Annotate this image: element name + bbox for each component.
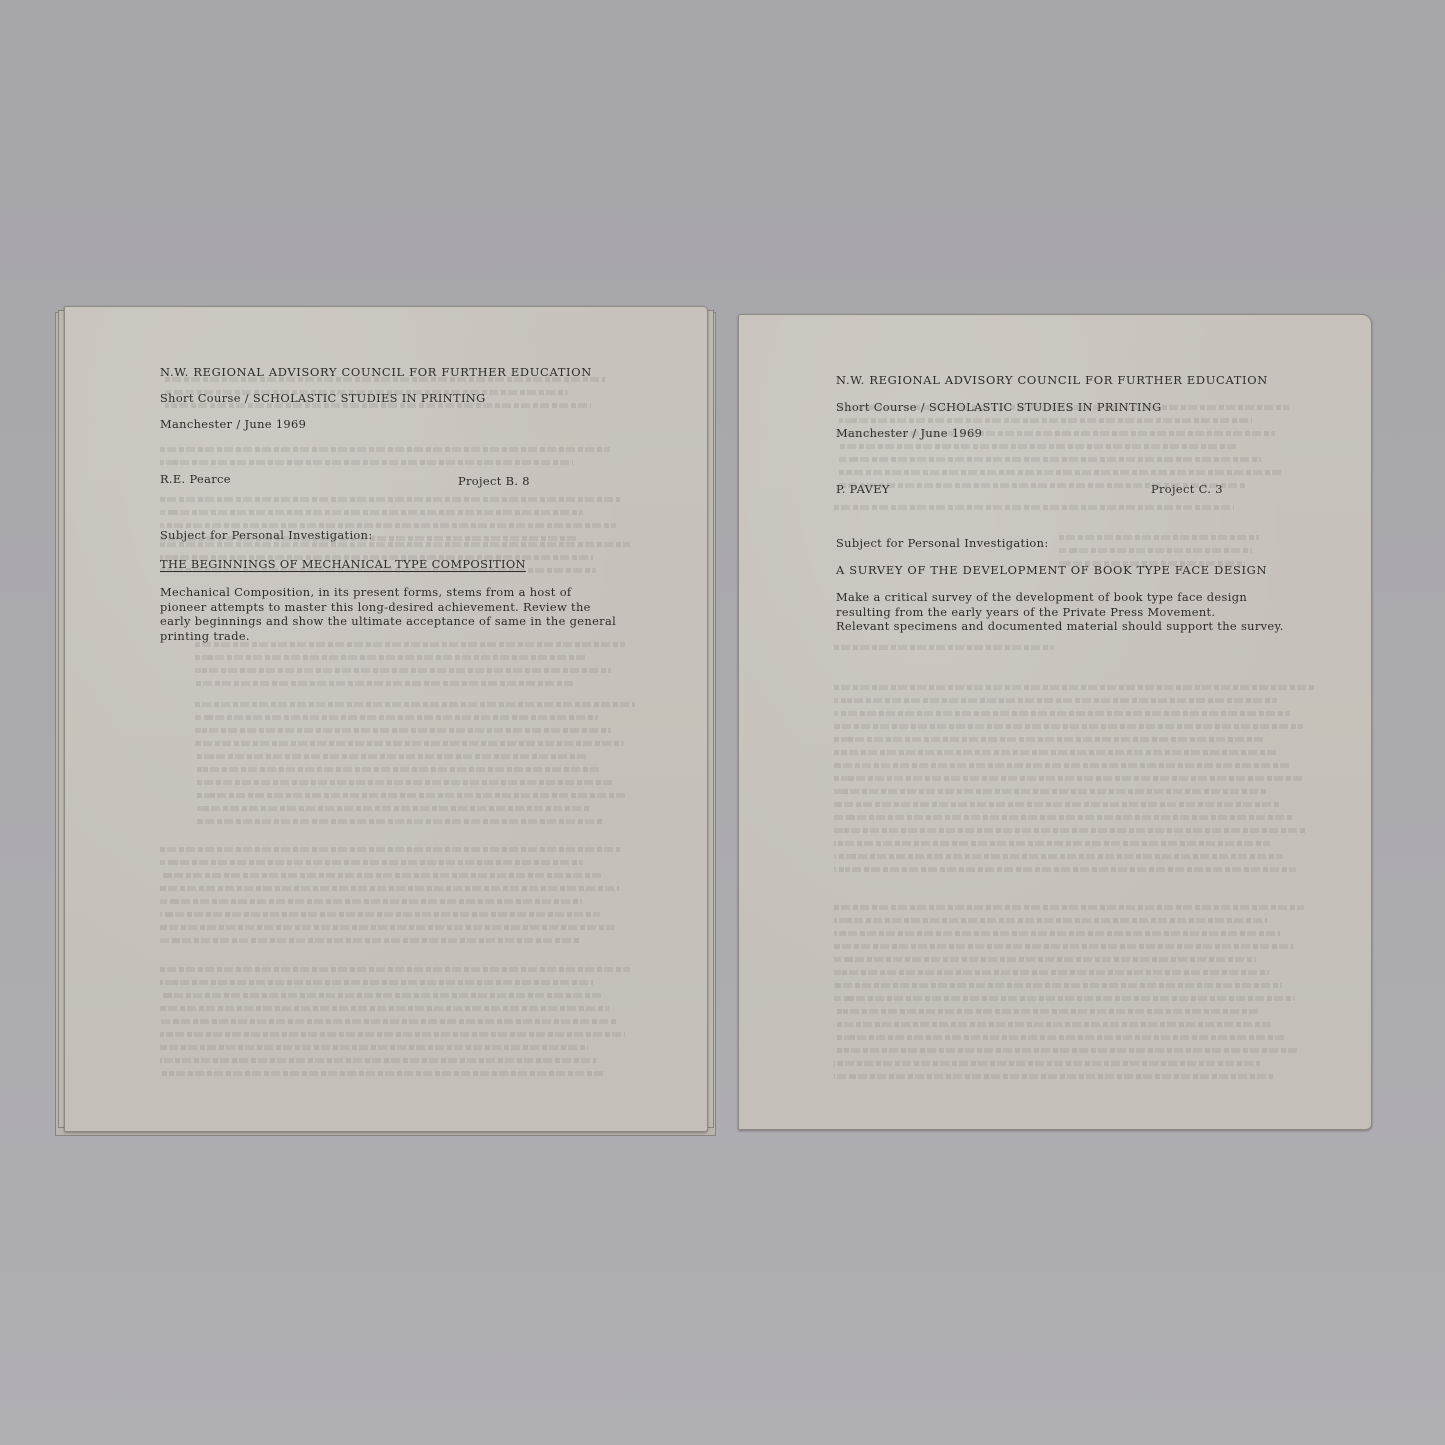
bleed-through-line [195,780,613,785]
bleed-through-line [160,993,601,998]
bleed-through-line [195,681,574,686]
bleed-through-line [160,980,593,985]
bleed-through-line [195,819,602,824]
bleed-through-line [834,711,1290,716]
project-code: Project B. 8 [458,474,530,488]
bleed-through-line [834,1048,1297,1053]
bleed-through-line [195,668,611,673]
bleed-through-line [160,1019,617,1024]
bleed-through-line [834,737,1266,742]
bleed-through-line [165,377,605,382]
bleed-through-line [160,1032,625,1037]
bleed-through-line [834,685,1314,690]
bleed-through-line [834,918,1267,923]
bleed-through-line [160,873,601,878]
bleed-through-line [160,886,619,891]
bleed-through-line [834,776,1305,781]
bleed-through-line [834,1035,1284,1040]
bleed-through-line [160,1071,604,1076]
bleed-through-line [165,403,591,408]
bleed-through-line [160,860,583,865]
place-date: Manchester / June 1969 [160,417,306,431]
bleed-through-line [160,555,593,560]
bleed-through-line [834,828,1307,833]
bleed-through-line [195,702,635,707]
bleed-through-line [195,806,589,811]
bleed-through-line [195,741,624,746]
bleed-through-line [834,750,1279,755]
bleed-through-line [834,789,1268,794]
organization-heading: N.W. REGIONAL ADVISORY COUNCIL FOR FURTH… [836,373,1268,387]
bleed-through-line [1059,548,1252,553]
bleed-through-line [160,938,581,943]
bleed-through-line [839,470,1284,475]
bleed-through-line [195,642,625,647]
right-document: N.W. REGIONAL ADVISORY COUNCIL FOR FURTH… [738,314,1372,1130]
bleed-through-line [160,912,600,917]
bleed-through-line [160,847,620,852]
bleed-through-line [1059,535,1259,540]
bleed-through-line [195,754,587,759]
subject-label: Subject for Personal Investigation: [836,536,1049,550]
bleed-through-line [834,645,1054,650]
bleed-through-line [160,1058,596,1063]
bleed-through-line [834,854,1283,859]
bleed-through-line [160,899,582,904]
bleed-through-line [195,793,626,798]
bleed-through-line [834,867,1296,872]
bleed-through-line [160,568,596,573]
bleed-through-line [160,542,630,547]
bleed-through-line [834,1074,1273,1079]
bleed-through-line [839,431,1275,436]
bleed-through-line [160,1045,588,1050]
project-description: Make a critical survey of the developmen… [836,590,1284,634]
bleed-through-line [195,728,611,733]
bleed-through-line [834,944,1293,949]
bleed-through-line [834,1009,1258,1014]
bleed-through-line [834,1022,1271,1027]
left-document: N.W. REGIONAL ADVISORY COUNCIL FOR FURTH… [64,306,708,1132]
bleed-through-line [1059,561,1245,566]
bleed-through-line [834,957,1256,962]
project-description: Mechanical Composition, in its present f… [160,585,616,643]
bleed-through-line [834,841,1270,846]
bleed-through-line [160,1006,609,1011]
bleed-through-line [160,523,616,528]
bleed-through-line [834,815,1294,820]
bleed-through-line [160,925,618,930]
bleed-through-line [834,802,1281,807]
bleed-through-line [195,715,598,720]
bleed-through-line [834,905,1304,910]
bleed-through-line [839,457,1261,462]
bleed-through-line [160,497,620,502]
bleed-through-line [834,505,1234,510]
bleed-through-line [160,447,610,452]
author-name: R.E. Pearce [160,472,231,486]
bleed-through-line [165,390,568,395]
bleed-through-line [839,444,1238,449]
bleed-through-line [160,460,573,465]
bleed-through-line [834,996,1295,1001]
bleed-through-line [834,698,1277,703]
bleed-through-line [834,983,1282,988]
bleed-through-line [834,724,1303,729]
bleed-through-line [160,536,579,541]
bleed-through-line [195,655,588,660]
bleed-through-line [839,405,1289,410]
bleed-through-line [195,767,600,772]
bleed-through-line [834,763,1292,768]
bleed-through-line [834,1061,1260,1066]
bleed-through-line [839,418,1252,423]
bleed-through-line [160,967,630,972]
bleed-through-line [834,970,1269,975]
bleed-through-line [160,510,583,515]
bleed-through-line [839,483,1247,488]
bleed-through-line [834,931,1280,936]
